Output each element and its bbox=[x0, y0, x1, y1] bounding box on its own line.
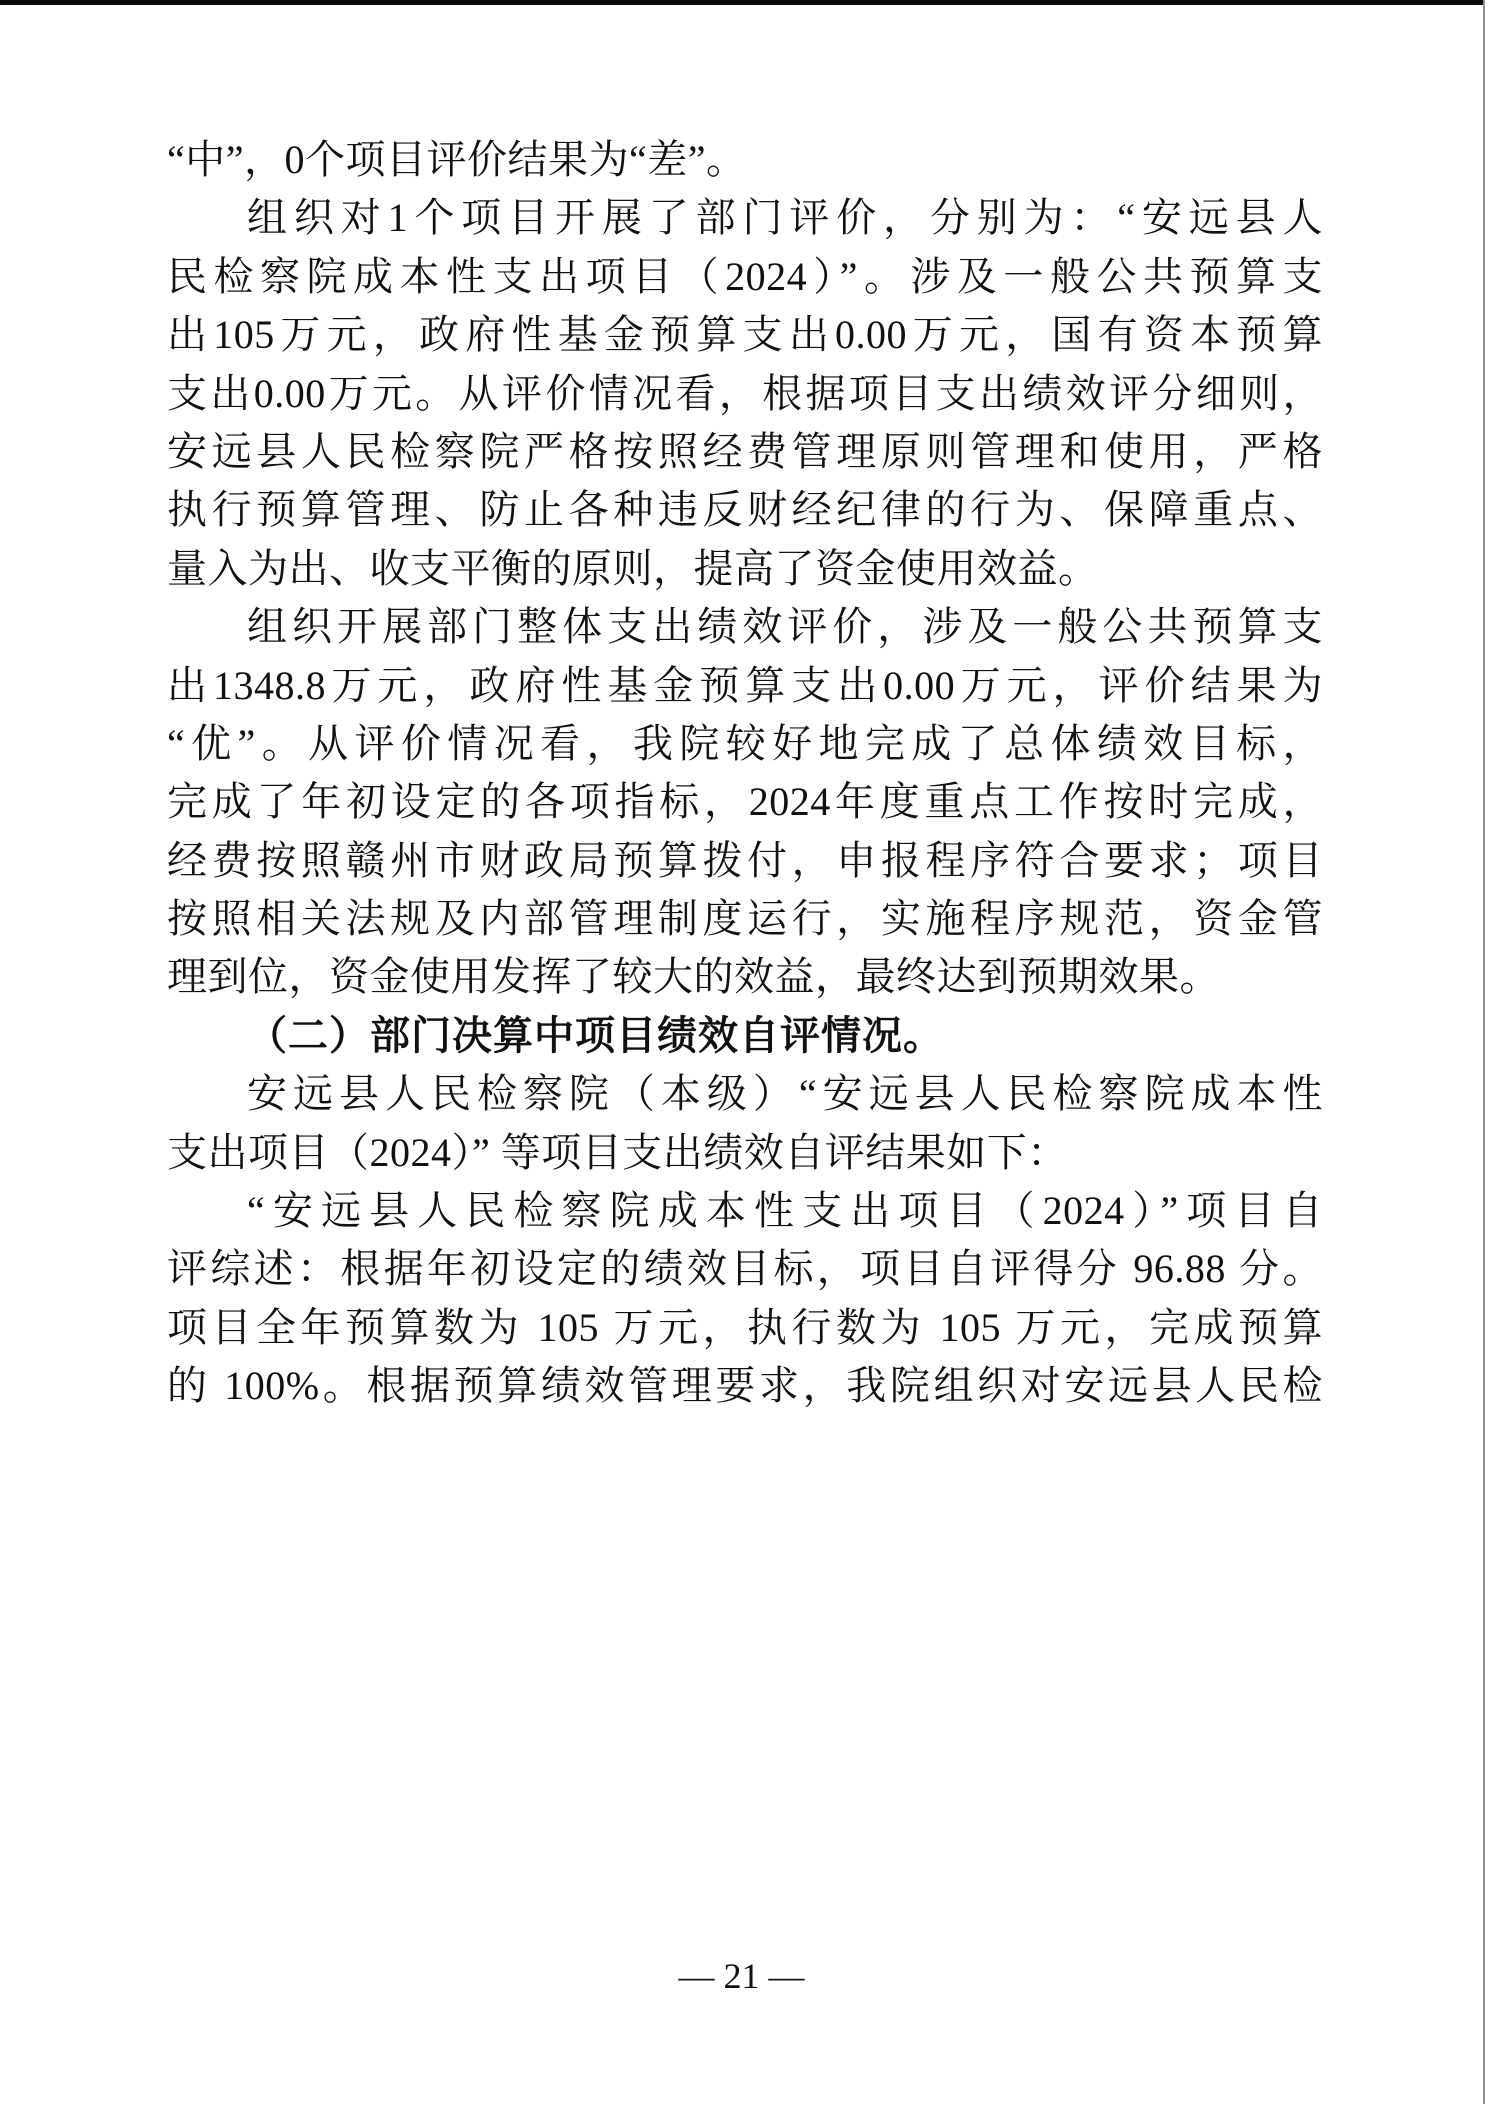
page-number: — 21 — bbox=[0, 1952, 1483, 2000]
text-line: 执行预算管理、防止各种违反财经纪律的行为、保障重点、 bbox=[167, 481, 1323, 539]
text-line: 支出项目（2024）” 等项目支出绩效自评结果如下： bbox=[167, 1124, 1323, 1182]
text-line: （二）部门决算中项目绩效自评情况。 bbox=[167, 1007, 1323, 1065]
text-line: 理到位，资金使用发挥了较大的效益，最终达到预期效果。 bbox=[167, 948, 1323, 1006]
text-line: 项目全年预算数为 105 万元，执行数为 105 万元，完成预算 bbox=[167, 1299, 1323, 1357]
text-line: “中”，0个项目评价结果为“差”。 bbox=[167, 131, 1323, 189]
text-line: 完成了年初设定的各项指标，2024年度重点工作按时完成， bbox=[167, 773, 1323, 831]
text-line: 按照相关法规及内部管理制度运行，实施程序规范，资金管 bbox=[167, 890, 1323, 948]
text-line: 安远县人民检察院严格按照经费管理原则管理和使用，严格 bbox=[167, 423, 1323, 481]
text-line: 民检察院成本性支出项目（2024）”。涉及一般公共预算支 bbox=[167, 248, 1323, 306]
text-line: 安远县人民检察院（本级）“安远县人民检察院成本性 bbox=[167, 1065, 1323, 1123]
text-line: 组织对1个项目开展了部门评价，分别为：“安远县人 bbox=[167, 189, 1323, 247]
text-line: 经费按照赣州市财政局预算拨付，申报程序符合要求；项目 bbox=[167, 832, 1323, 890]
text-line: 评综述：根据年初设定的绩效目标，项目自评得分 96.88 分。 bbox=[167, 1240, 1323, 1298]
text-line: 出1348.8万元，政府性基金预算支出0.00万元，评价结果为 bbox=[167, 657, 1323, 715]
document-body: “中”，0个项目评价结果为“差”。组织对1个项目开展了部门评价，分别为：“安远县… bbox=[167, 131, 1323, 1416]
text-line: 量入为出、收支平衡的原则，提高了资金使用效益。 bbox=[167, 540, 1323, 598]
text-line: 组织开展部门整体支出绩效评价，涉及一般公共预算支 bbox=[167, 598, 1323, 656]
text-line: 出105万元，政府性基金预算支出0.00万元，国有资本预算 bbox=[167, 306, 1323, 364]
document-page: “中”，0个项目评价结果为“差”。组织对1个项目开展了部门评价，分别为：“安远县… bbox=[0, 0, 1488, 2104]
scan-right-edge bbox=[1483, 0, 1485, 2104]
text-line: “安远县人民检察院成本性支出项目（2024）”项目自 bbox=[167, 1182, 1323, 1240]
text-line: 支出0.00万元。从评价情况看，根据项目支出绩效评分细则， bbox=[167, 365, 1323, 423]
text-line: “优”。从评价情况看，我院较好地完成了总体绩效目标， bbox=[167, 715, 1323, 773]
text-line: 的 100%。根据预算绩效管理要求，我院组织对安远县人民检 bbox=[167, 1357, 1323, 1415]
scan-top-edge bbox=[0, 0, 1483, 5]
